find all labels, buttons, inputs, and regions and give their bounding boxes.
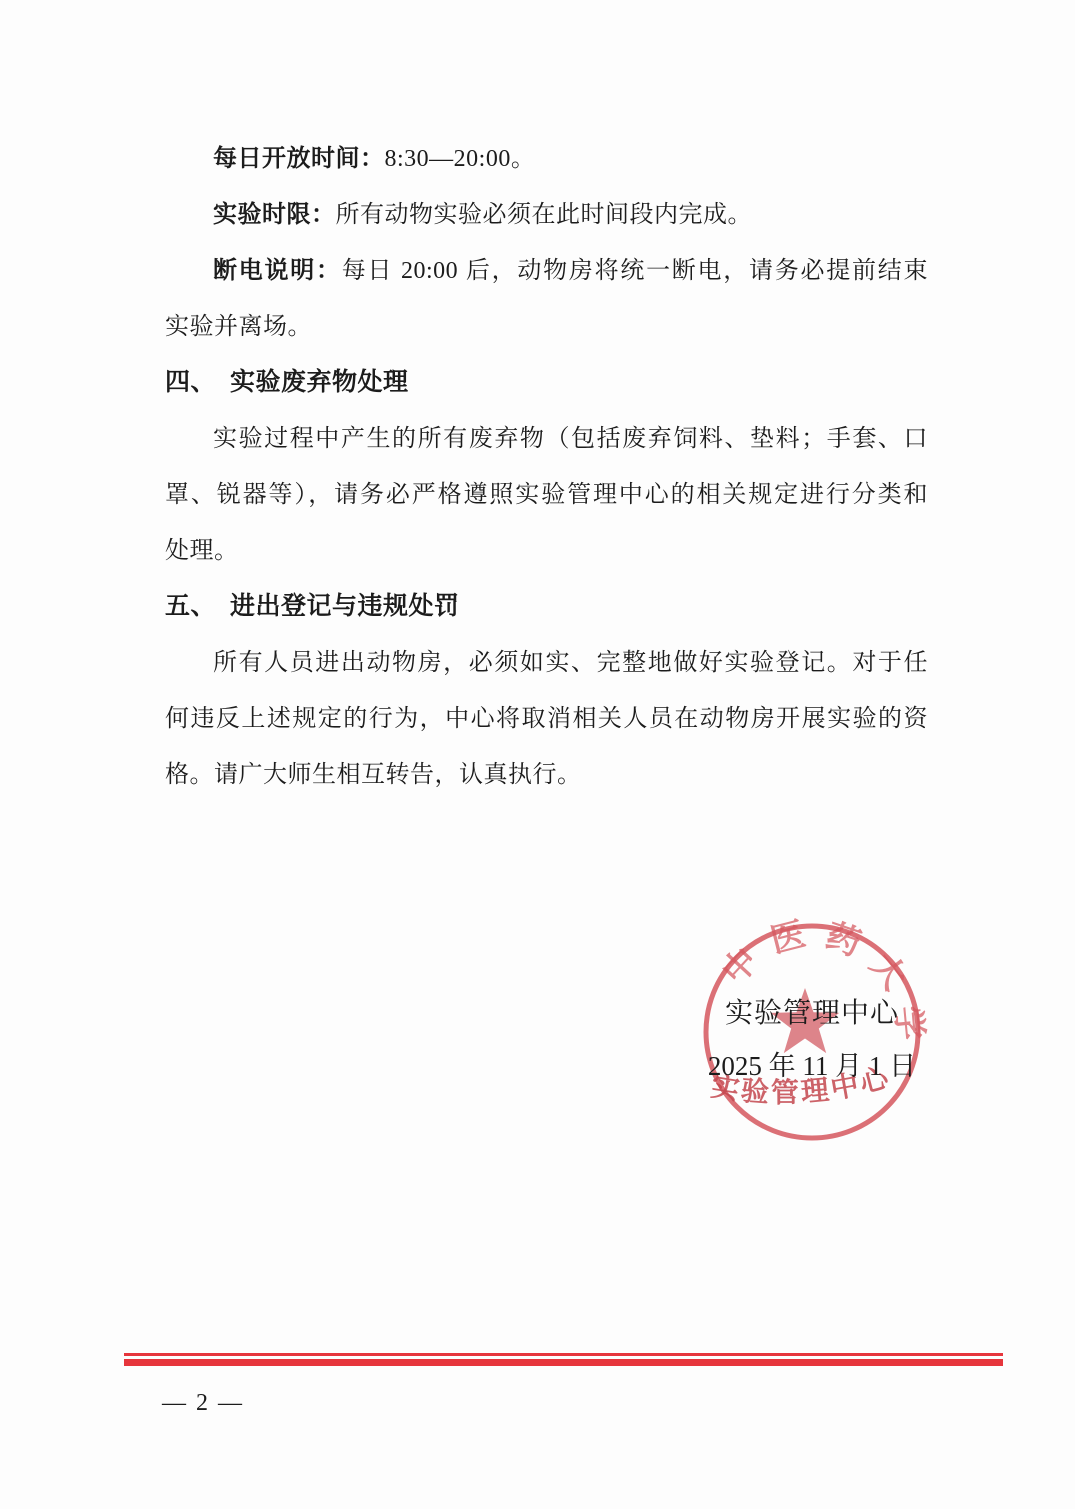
section-5-paragraph-line-3: 格。请广大师生相互转告，认真执行。 xyxy=(165,747,928,803)
power-off-value: 每日 20:00 后，动物房将统一断电，请务必提前结束 xyxy=(342,258,928,284)
section-5-paragraph-line-1: 所有人员进出动物房，必须如实、完整地做好实验登记。对于任 xyxy=(165,635,928,691)
open-time-line: 每日开放时间：8:30—20:00。 xyxy=(165,131,928,187)
footer-rule-thin xyxy=(124,1353,1003,1356)
section-4-number: 四、 xyxy=(165,369,216,396)
time-limit-line: 实验时限：所有动物实验必须在此时间段内完成。 xyxy=(165,187,928,243)
section-4-title: 实验废弃物处理 xyxy=(230,369,409,396)
open-time-value: 8:30—20:00。 xyxy=(385,146,536,172)
section-5-paragraph-line-2: 何违反上述规定的行为，中心将取消相关人员在动物房开展实验的资 xyxy=(165,691,928,747)
power-off-label: 断电说明： xyxy=(213,258,342,284)
signature-org: 实验管理中心 xyxy=(617,988,1007,1040)
section-5-number: 五、 xyxy=(165,593,216,620)
time-limit-label: 实验时限： xyxy=(213,202,336,228)
section-4-paragraph-line-1: 实验过程中产生的所有废弃物（包括废弃饲料、垫料；手套、口 xyxy=(165,411,928,467)
power-off-line-2: 实验并离场。 xyxy=(165,299,928,355)
page-number: — 2 — xyxy=(162,1390,244,1417)
section-5-heading: 五、进出登记与违规处罚 xyxy=(165,579,928,635)
power-off-line-1: 断电说明：每日 20:00 后，动物房将统一断电，请务必提前结束 xyxy=(165,243,928,299)
section-4-heading: 四、实验废弃物处理 xyxy=(165,355,928,411)
section-5-title: 进出登记与违规处罚 xyxy=(230,593,460,620)
signature-date: 2025 年 11 月 1 日 xyxy=(617,1040,1007,1092)
footer-rule-thick xyxy=(124,1359,1003,1366)
document-page: 每日开放时间：8:30—20:00。 实验时限：所有动物实验必须在此时间段内完成… xyxy=(0,0,1075,1509)
time-limit-value: 所有动物实验必须在此时间段内完成。 xyxy=(336,202,753,228)
document-body: 每日开放时间：8:30—20:00。 实验时限：所有动物实验必须在此时间段内完成… xyxy=(165,131,928,803)
section-4-paragraph-line-3: 处理。 xyxy=(165,523,928,579)
section-4-paragraph-line-2: 罩、锐器等），请务必严格遵照实验管理中心的相关规定进行分类和 xyxy=(165,467,928,523)
signature-block: 实验管理中心 2025 年 11 月 1 日 xyxy=(617,988,1007,1092)
open-time-label: 每日开放时间： xyxy=(213,146,385,172)
